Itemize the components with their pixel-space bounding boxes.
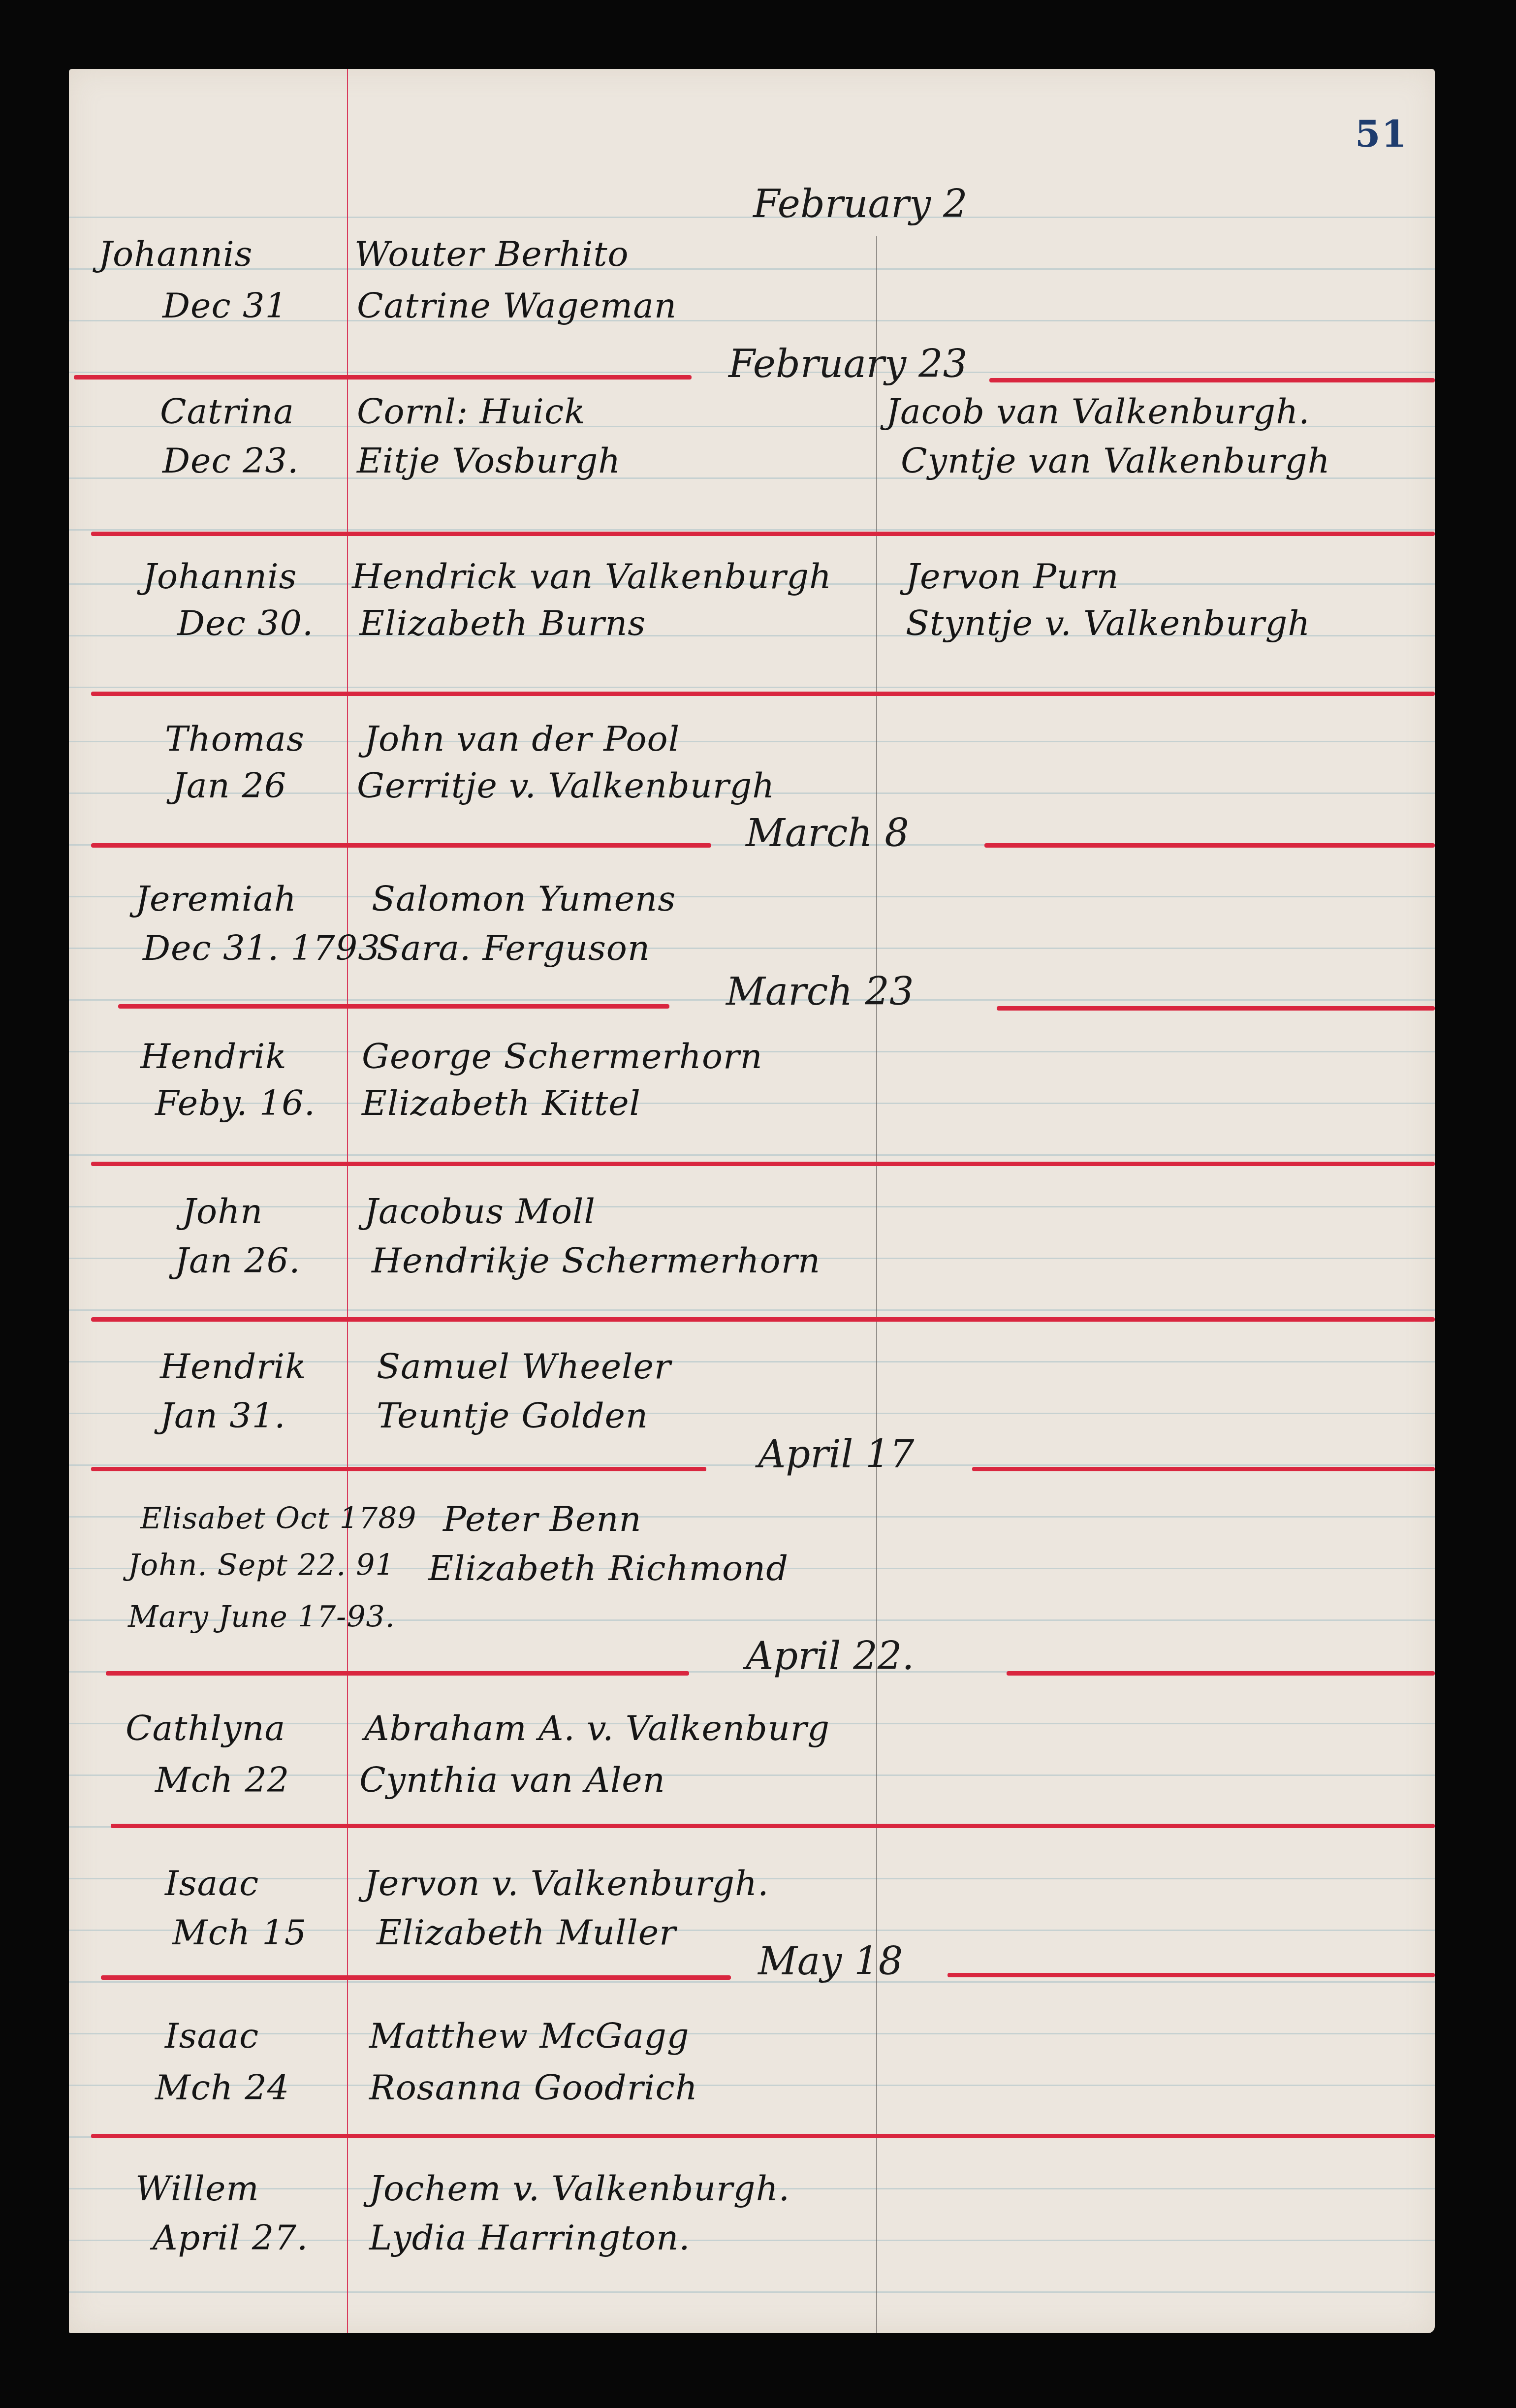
birth-date: Mch 15	[172, 1912, 307, 1953]
birth-date: Dec 31. 1793	[143, 928, 380, 968]
birth-date: Mch 22	[155, 1760, 289, 1800]
page-number: 51	[1355, 113, 1408, 156]
child-name: Cathlyna	[126, 1708, 285, 1748]
father-name: Jochem v. Valkenburgh.	[369, 2168, 790, 2209]
child-name: Isaac	[165, 1863, 259, 1903]
date-heading: April 22.	[746, 1634, 914, 1679]
child-name: John	[182, 1191, 263, 1232]
section-divider	[91, 843, 711, 848]
father-name: Salomon Yumens	[372, 879, 676, 919]
father-name: John van der Pool	[364, 719, 680, 759]
ruled-line	[69, 2291, 1435, 2293]
column-divider	[876, 236, 877, 2333]
mother-name: Elizabeth Burns	[359, 603, 646, 643]
sponsor-name: Jervon Purn	[906, 556, 1119, 597]
birth-date: Mch 24	[155, 2067, 289, 2108]
date-heading: May 18	[758, 1939, 903, 1984]
ruled-line	[69, 1154, 1435, 1156]
mother-name: Elizabeth Richmond	[428, 1548, 789, 1588]
birth-date: Dec 30.	[177, 603, 314, 643]
mother-name: Hendrikje Schermerhorn	[372, 1240, 821, 1281]
section-divider	[91, 1162, 1435, 1166]
child-name: Johannis	[98, 234, 253, 274]
section-divider	[101, 1975, 731, 1980]
father-name: Jacobus Moll	[364, 1191, 596, 1232]
ruled-line	[69, 1206, 1435, 1207]
section-divider	[106, 1671, 689, 1676]
sponsor-name: Cyntje van Valkenburgh	[901, 441, 1330, 481]
child-name: Hendrik	[140, 1036, 287, 1077]
sponsor-name: Styntje v. Valkenburgh	[906, 603, 1310, 643]
birth-date: Jan 26	[172, 765, 286, 806]
section-divider	[74, 375, 692, 380]
section-divider	[989, 378, 1435, 382]
margin-line	[347, 69, 348, 2333]
child-name: Isaac	[165, 2016, 259, 2056]
birth-date: April 27.	[153, 2218, 308, 2258]
child-name: Thomas	[165, 719, 305, 759]
mother-name: Lydia Harrington.	[369, 2218, 691, 2258]
ledger-page: 51 February 2 February 23 March 8 March …	[69, 69, 1435, 2333]
section-divider	[91, 692, 1435, 696]
ruled-line	[69, 1464, 1435, 1466]
section-divider	[947, 1973, 1435, 1977]
birth-date: John. Sept 22. 91	[128, 1548, 395, 1583]
ruled-line	[69, 268, 1435, 270]
birth-date: Mary June 17-93.	[128, 1600, 395, 1634]
mother-name: Gerritje v. Valkenburgh	[357, 765, 775, 806]
child-name: Catrina	[160, 391, 294, 432]
child-name: Willem	[135, 2168, 259, 2209]
birth-date: Feby. 16.	[155, 1083, 316, 1123]
mother-name: Catrine Wageman	[357, 285, 677, 326]
birth-date: Jan 31.	[160, 1395, 285, 1436]
section-divider	[984, 843, 1435, 848]
date-heading: March 8	[746, 811, 909, 855]
father-name: Wouter Berhito	[354, 234, 629, 274]
date-heading: March 23	[726, 970, 914, 1014]
section-divider	[111, 1824, 1435, 1828]
date-heading: February 2	[753, 182, 968, 226]
section-divider	[91, 532, 1435, 536]
ruled-line	[69, 529, 1435, 531]
ruled-line	[69, 1981, 1435, 1983]
section-divider	[1007, 1671, 1435, 1676]
ruled-line	[69, 1309, 1435, 1311]
child-name: Johannis	[143, 556, 297, 597]
father-name: Samuel Wheeler	[377, 1346, 671, 1387]
birth-date: Dec 23.	[162, 441, 299, 481]
father-name: Jervon v. Valkenburgh.	[364, 1863, 769, 1903]
sponsor-name: Jacob van Valkenburgh.	[886, 391, 1310, 432]
mother-name: Elizabeth Kittel	[362, 1083, 641, 1123]
mother-name: Teuntje Golden	[377, 1395, 648, 1436]
ruled-line	[69, 2033, 1435, 2034]
date-heading: February 23	[728, 342, 967, 386]
section-divider	[91, 1317, 1435, 1322]
father-name: Abraham A. v. Valkenburg	[364, 1708, 830, 1748]
child-name: Hendrik	[160, 1346, 307, 1387]
mother-name: Cynthia van Alen	[359, 1760, 665, 1800]
birth-date: Jan 26.	[175, 1240, 300, 1281]
father-name: Cornl: Huick	[357, 391, 586, 432]
father-name: Hendrick van Valkenburgh	[352, 556, 832, 597]
birth-date: Dec 31	[162, 285, 287, 326]
ruled-line	[69, 217, 1435, 218]
child-name: Elisabet Oct 1789	[140, 1501, 417, 1536]
date-heading: April 17	[758, 1432, 914, 1477]
section-divider	[91, 2134, 1435, 2138]
section-divider	[91, 1467, 706, 1471]
mother-name: Elizabeth Muller	[377, 1912, 676, 1953]
father-name: George Schermerhorn	[362, 1036, 763, 1077]
ruled-line	[69, 687, 1435, 688]
mother-name: Eitje Vosburgh	[357, 441, 621, 481]
section-divider	[997, 1006, 1435, 1011]
mother-name: Sara. Ferguson	[377, 928, 650, 968]
mother-name: Rosanna Goodrich	[369, 2067, 698, 2108]
child-name: Jeremiah	[135, 879, 297, 919]
section-divider	[118, 1004, 669, 1009]
father-name: Matthew McGagg	[369, 2016, 690, 2056]
father-name: Peter Benn	[443, 1499, 642, 1539]
section-divider	[972, 1467, 1435, 1471]
